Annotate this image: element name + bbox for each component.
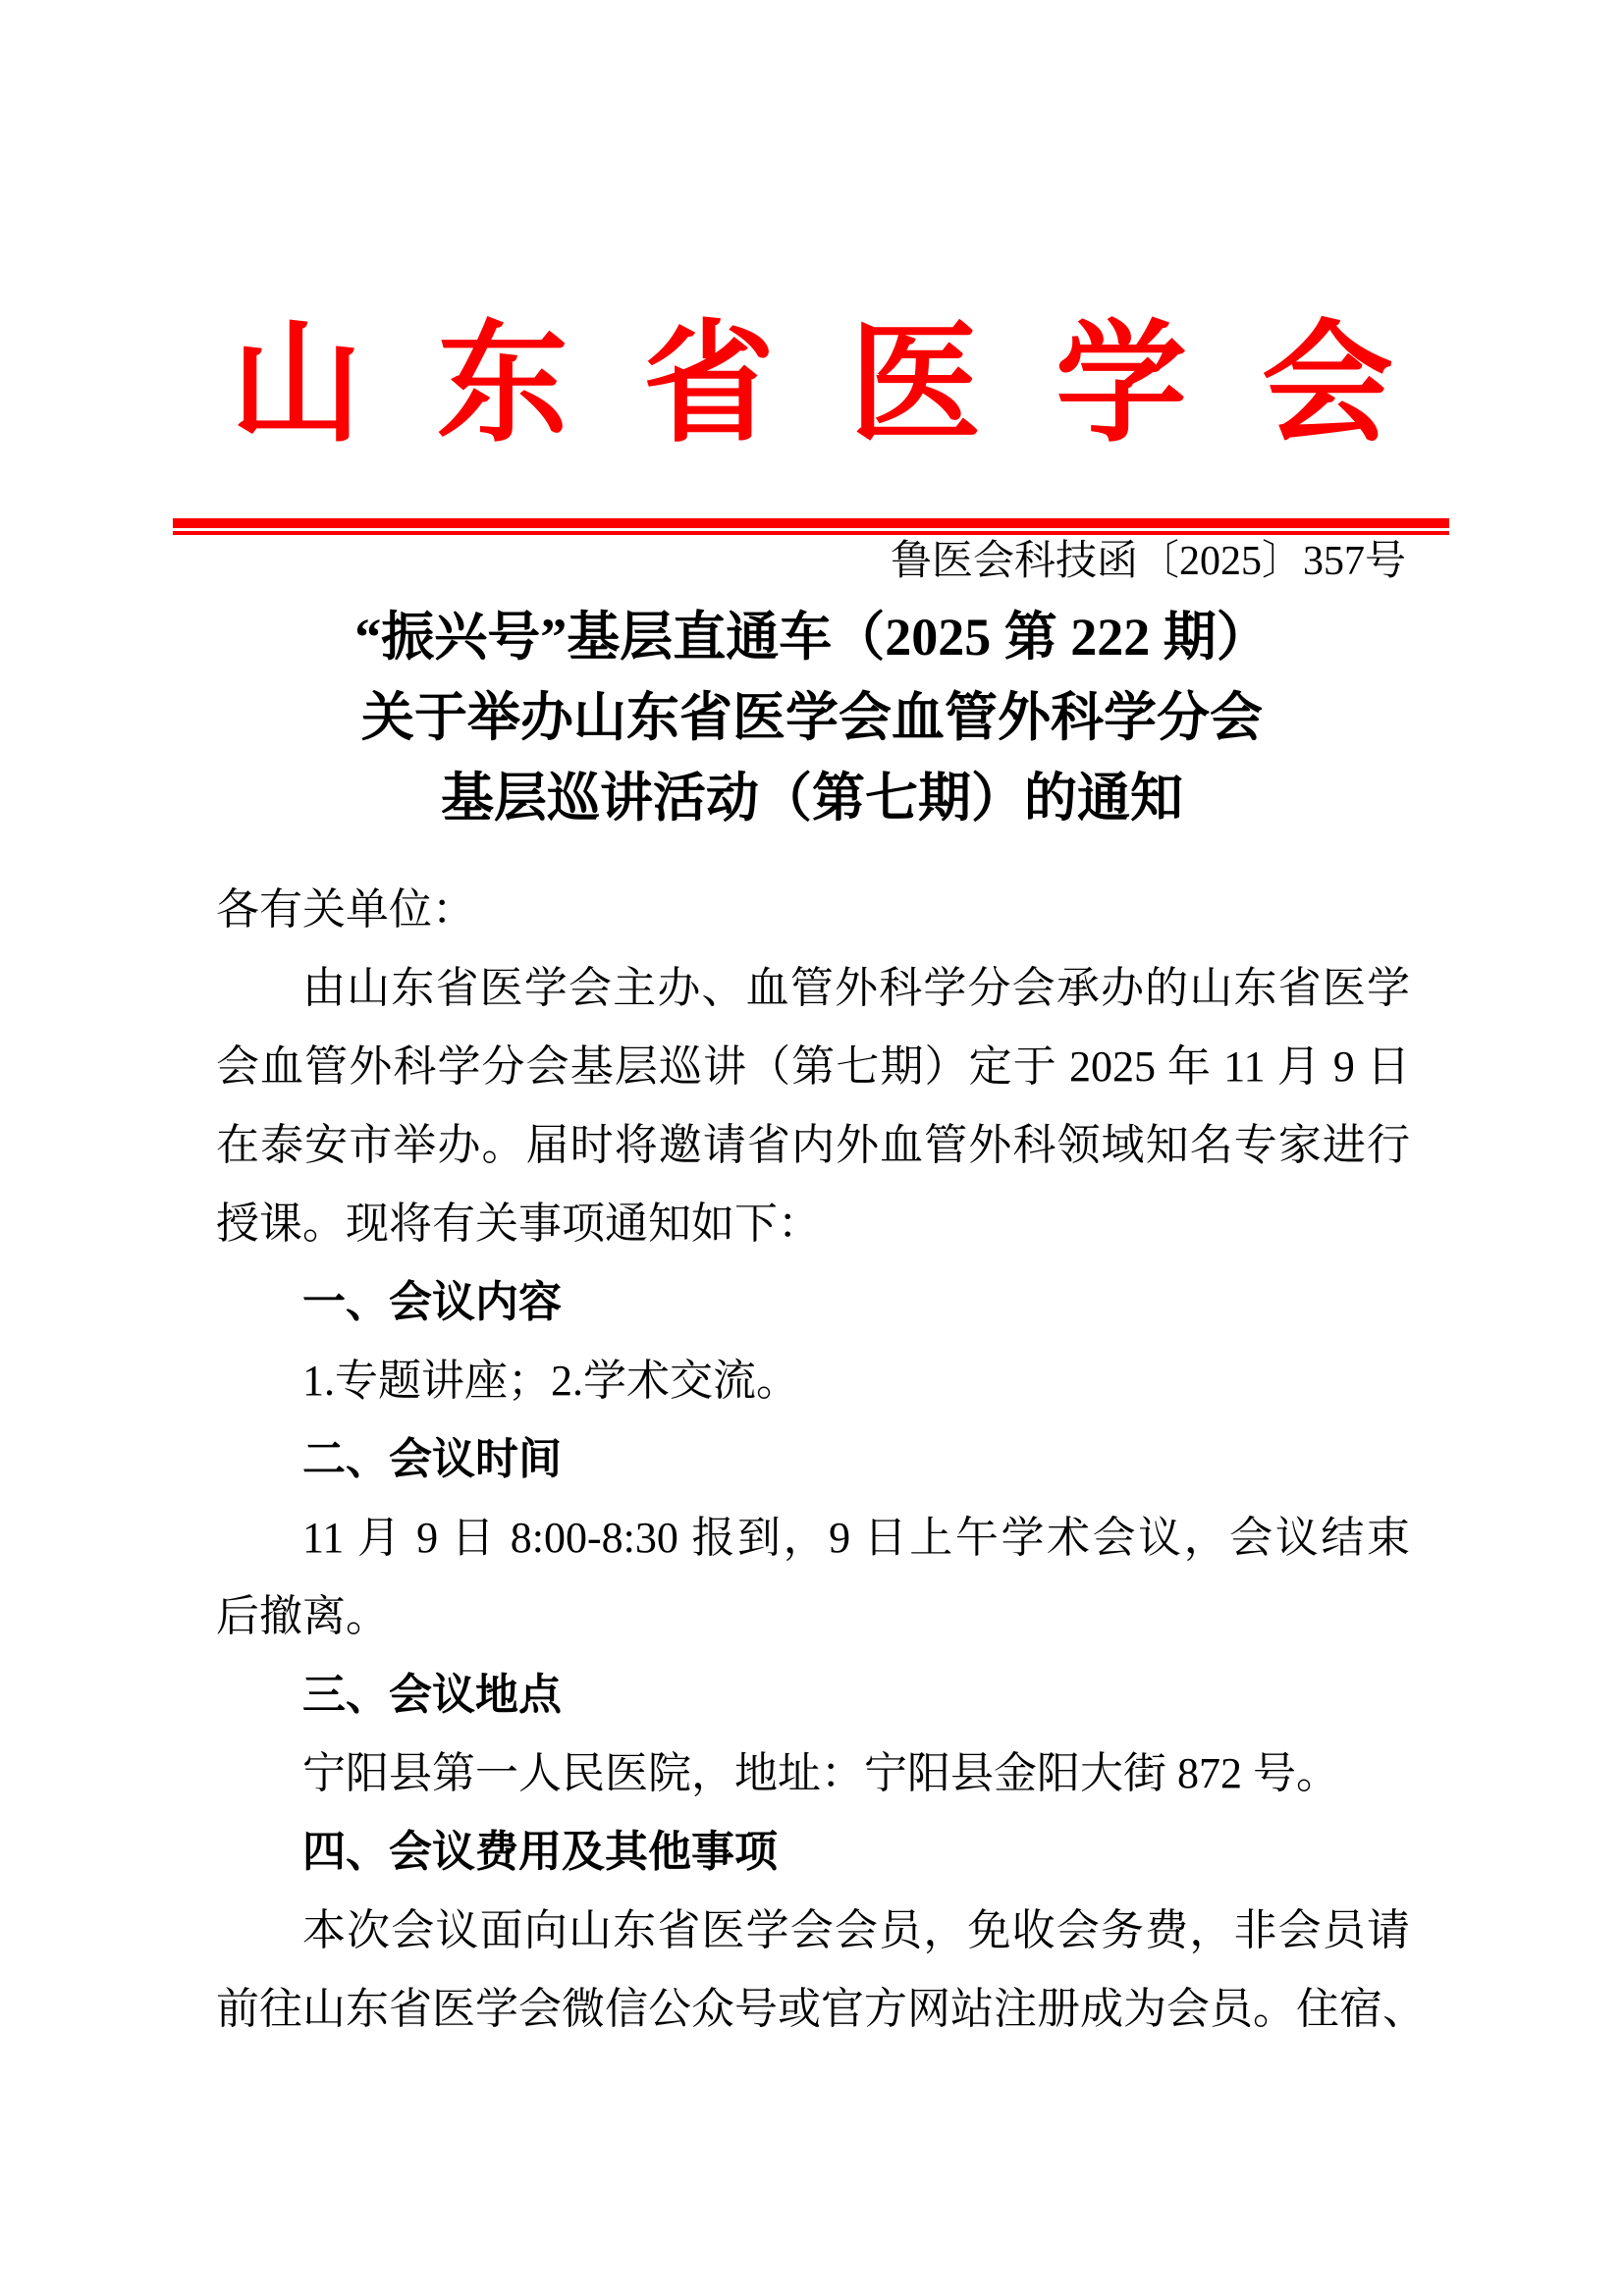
intro-line: 由山东省医学会主办、血管外科学分会承办的山东省医学: [216, 949, 1410, 1028]
letterhead-org-name: 山东省医学会: [0, 306, 1624, 464]
section-4-line: 前往山东省医学会微信公众号或官方网站注册成为会员。住宿、: [216, 1970, 1410, 2049]
section-2-line: 后撤离。: [216, 1577, 1410, 1656]
section-heading-1: 一、会议内容: [216, 1263, 1410, 1342]
intro-line: 授课。现将有关事项通知如下：: [216, 1185, 1410, 1263]
section-heading-2: 二、会议时间: [216, 1420, 1410, 1499]
intro-line: 会血管外科学分会基层巡讲（第七期）定于 2025 年 11 月 9 日: [216, 1028, 1410, 1106]
divider-thick-bar: [173, 518, 1449, 528]
section-2-line: 11 月 9 日 8:00-8:30 报到，9 日上午学术会议，会议结束: [216, 1499, 1410, 1577]
notice-title-line-1: “振兴号”基层直通车（2025 第 222 期）: [0, 597, 1624, 677]
notice-title-line-3: 基层巡讲活动（第七期）的通知: [0, 758, 1624, 838]
section-heading-4: 四、会议费用及其他事项: [216, 1813, 1410, 1892]
notice-title-line-2: 关于举办山东省医学会血管外科学分会: [0, 677, 1624, 758]
salutation: 各有关单位：: [216, 871, 1410, 949]
section-3-line: 宁阳县第一人民医院，地址：宁阳县金阳大街 872 号。: [216, 1735, 1410, 1813]
divider-thin-bar: [173, 531, 1449, 535]
intro-line: 在泰安市举办。届时将邀请省内外血管外科领域知名专家进行: [216, 1106, 1410, 1185]
section-1-line: 1.专题讲座；2.学术交流。: [216, 1342, 1410, 1420]
letterhead-divider: [173, 518, 1449, 535]
notice-title: “振兴号”基层直通车（2025 第 222 期） 关于举办山东省医学会血管外科学…: [0, 597, 1624, 838]
section-heading-3: 三、会议地点: [216, 1656, 1410, 1735]
document-page: 山东省医学会 鲁医会科技函〔2025〕357号 “振兴号”基层直通车（2025 …: [0, 0, 1624, 2296]
notice-body: 各有关单位： 由山东省医学会主办、血管外科学分会承办的山东省医学 会血管外科学分…: [216, 871, 1410, 2049]
document-reference-number: 鲁医会科技函〔2025〕357号: [891, 536, 1406, 587]
section-4-line: 本次会议面向山东省医学会会员，免收会务费，非会员请: [216, 1892, 1410, 1970]
